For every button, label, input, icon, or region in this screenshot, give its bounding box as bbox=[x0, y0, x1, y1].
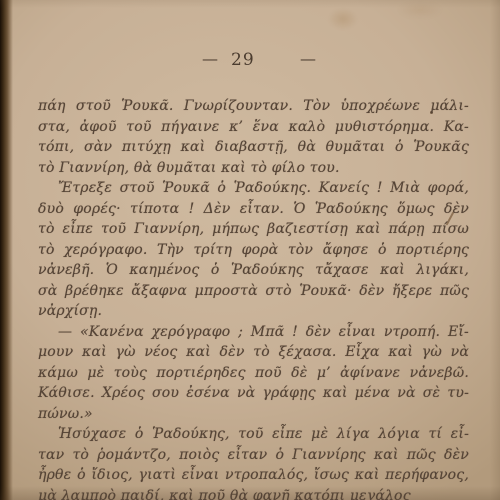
text-line: Ἡσύχασε ὁ Ῥαδούκης, τοῦ εἶπε μὲ λίγα λόγ… bbox=[38, 424, 469, 445]
text-line: τὸ χερόγραφο. Τὴν τρίτη φορὰ τὸν ἄφησε ὁ… bbox=[38, 240, 469, 261]
text-line: τὸ εἶπε τοῦ Γιαννίρη, μήπως βαζιεστίσῃ κ… bbox=[38, 219, 469, 240]
text-line: ταν τὸ ῥομάντζο, ποιὸς εἶταν ὁ Γιαννίρης… bbox=[38, 445, 469, 466]
header-dash-right: — bbox=[300, 49, 316, 69]
text-line: τὸ Γιαννίρη, θὰ θυμᾶται καὶ τὸ φίλο του. bbox=[38, 158, 469, 179]
text-line: μὰ λαμπρὸ παιδί, καὶ ποῦ θὰ φανῇ κατόπι … bbox=[38, 486, 469, 500]
page-edge-shadow-right bbox=[490, 0, 500, 500]
text-block: πάη στοῦ Ῥουκᾶ. Γνωρίζουνταν. Τὸν ὑποχρέ… bbox=[38, 96, 469, 500]
text-line: — «Κανένα χερόγραφο ; Μπᾶ ! δὲν εἶναι ντ… bbox=[38, 322, 469, 343]
text-line: νἀνεβῆ. Ὁ καημένος ὁ Ῥαδούκης τἄχασε καὶ… bbox=[38, 260, 469, 281]
text-line: τόπι, σὰν πιτύχῃ καὶ διαβαστῇ, θὰ θυμᾶτα… bbox=[38, 137, 469, 158]
text-line: πάη στοῦ Ῥουκᾶ. Γνωρίζουνταν. Τὸν ὑποχρέ… bbox=[38, 96, 469, 117]
book-page-scan: — 29 — πάη στοῦ Ῥουκᾶ. Γνωρίζουνταν. Τὸν… bbox=[0, 0, 500, 500]
text-line: μουν καὶ γὼ νέος καὶ δὲν τὸ ξέχασα. Εἶχα… bbox=[38, 342, 469, 363]
page-number: 29 bbox=[231, 50, 255, 70]
text-line: κάμω μὲ τοὺς πορτιέρηδες ποῦ δὲ μ’ ἀφίνα… bbox=[38, 363, 469, 384]
text-line: Κάθισε. Χρέος σου ἐσένα νὰ γράφῃς καὶ μέ… bbox=[38, 383, 469, 404]
text-line: δυὸ φορές· τίποτα ! Δὲν εἶταν. Ὁ Ῥαδούκη… bbox=[38, 199, 469, 220]
paper-stain bbox=[328, 8, 358, 30]
text-line: πώνω.» bbox=[38, 404, 469, 425]
text-line: Ἔτρεξε στοῦ Ῥουκᾶ ὁ Ῥαδούκης. Κανείς ! Μ… bbox=[38, 178, 469, 199]
text-line: ἦρθε ὁ ἴδιος, γιατὶ εἶναι ντροπαλός, ἴσω… bbox=[38, 465, 469, 486]
text-line: σὰ βρέθηκε ἄξαφνα μπροστὰ στὸ Ῥουκᾶ· δὲν… bbox=[38, 281, 469, 302]
page-edge-shadow-top bbox=[0, 0, 500, 8]
header-dash-left: — bbox=[202, 49, 218, 69]
text-line: νἀρχίσῃ. bbox=[38, 301, 469, 322]
page-binding-shadow-left bbox=[0, 0, 13, 500]
text-line: στα, ἀφοῦ τοῦ πήγαινε κ’ ἕνα καλὸ μυθιστ… bbox=[38, 117, 469, 138]
